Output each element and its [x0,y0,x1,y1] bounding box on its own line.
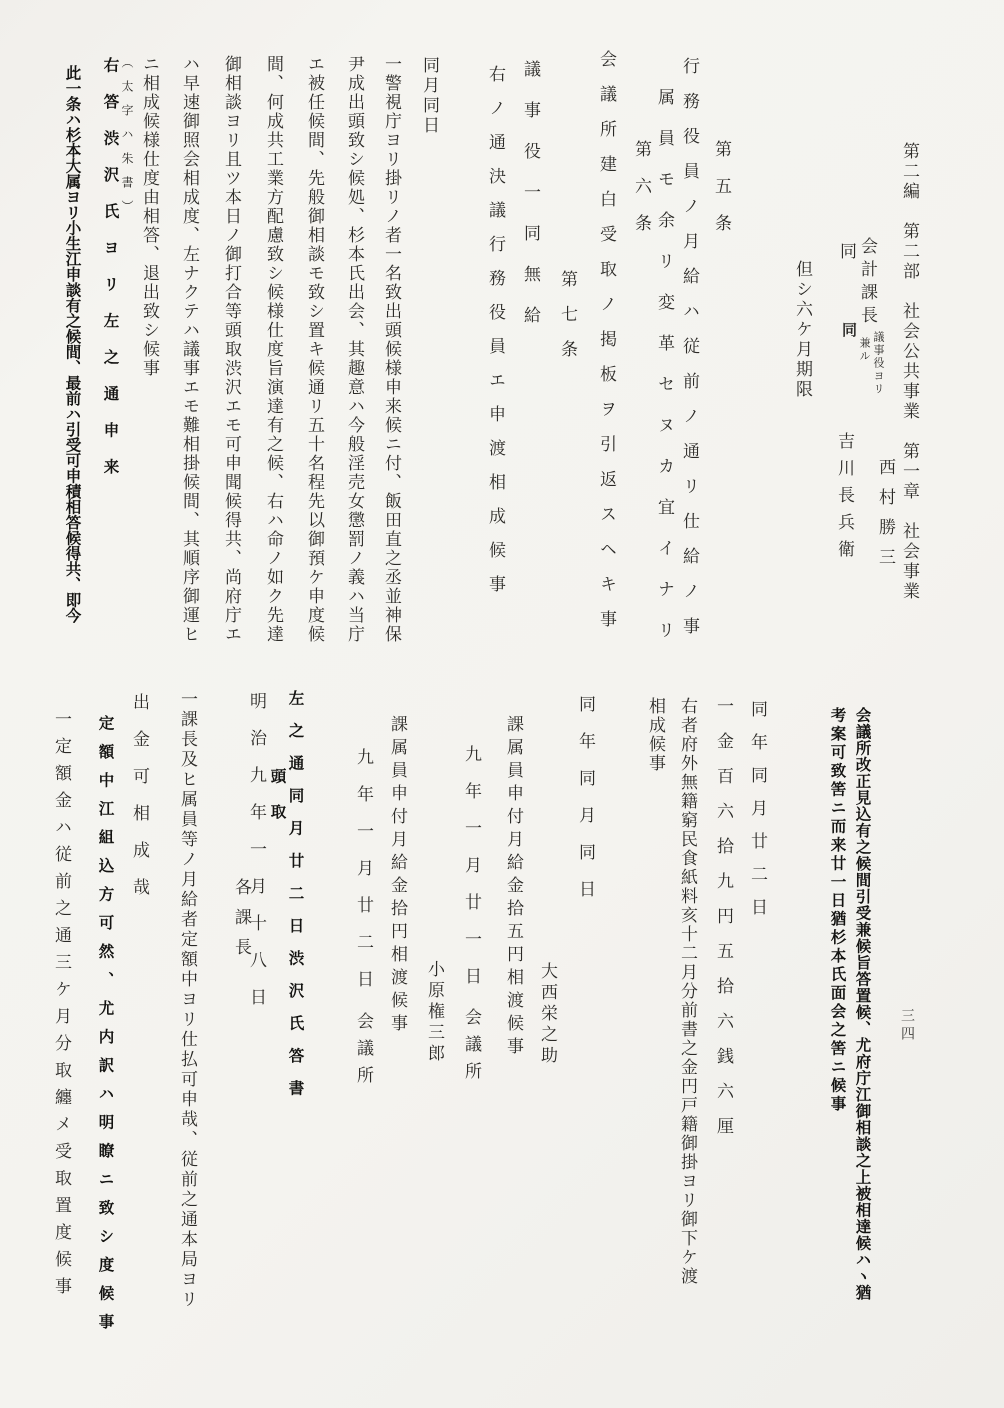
officer-note-right: 議事役ヨリ [872,331,883,396]
reply-line-3: 考案可致筈ニ而来廿一日猶杉本氏面会之筈ニ候事 [829,707,845,1114]
record-1-name: 大西栄之助 [539,962,556,1067]
article-7-text: 議事役一同無給 [522,60,539,347]
grant-date: 同年同月廿二日 [749,700,766,931]
entry-line-3: エ被任候間、先般御相談モ致シ置キ候通リ五十名程先以御預ケ申度候 [306,55,323,644]
record-2-name: 小原権三郎 [426,960,443,1065]
record-1-date: 九年一月廿一日 [463,745,480,1004]
entry-line-5: 御相談ヨリ且ツ本日ノ御打合等頭取渋沢エモ可申聞候得共、尚府庁エ [223,55,240,644]
record-2-date: 九年一月廿二日 [355,748,372,1007]
article-6-text: 会議所建白受取ノ掲板ヲ引返スヘキ事 [598,50,615,645]
article-5-reply: 属員モ余リ変革セヌカ宜イナリ [656,88,673,662]
answer-heading: 左之通同月廿二日渋沢氏答書 [287,690,303,1113]
officer-name-2: 吉川長兵衛 [836,432,853,567]
article-7-number: 第七条 [559,270,576,375]
entry-line-4: 間、何成共工業方配慮致シ候様仕度旨演達有之候、右ハ命ノ如ク先達 [265,55,282,644]
answer-1: 定額中江組込方可然、尤内訳ハ明瞭ニ致シ度候事 [97,715,113,1342]
record-1-org: 会議所 [463,1008,480,1089]
running-head: 第二編 第二部 社会公共事業 第一章 社会事業 [901,142,918,602]
grant-line-1: 右者府外無籍窮民食紙料亥十二月分前書之金円戸籍御掛ヨリ御下ケ渡 [679,697,696,1286]
reply-line-1: 此一条ハ杉本大属ヨリ小生江申談有之候間、最前ハ引受可申積相答候得共、即今 [64,65,80,623]
question-2: 一定額金ハ従前之通三ケ月分取纏メ受取置度候事 [53,710,70,1304]
appointments-date: 同年同月同日 [577,695,594,917]
record-2-org: 会議所 [355,1012,372,1093]
entry-line-6: ハ早速御照会相成度、左ナクテハ議事エモ難相掛候間、其順序御運ヒ [181,55,198,644]
entry-line-7: ニ相成候様仕度由相答、退出致シ候事 [141,55,158,378]
reply-line-2: 会議所改正見込有之候間引受兼候旨答置候、尤府庁江御相談之上被相達候ハヽ猶 [854,707,870,1301]
page-number: 三四 [899,1008,913,1044]
answer-from: 頭取 [269,768,285,839]
question-1-line-2: 出金可相成哉 [131,693,148,915]
entry-line-1: 一警視庁ヨリ掛リノ者一名致出頭候様申来候ニ付、飯田直之丞並神保 [383,55,400,644]
ditto-mark-2: 同 [840,322,855,339]
officer-title: 会計課長 [859,237,876,329]
question-1-line-1: 一課長及ヒ属員等ノ月給者定額中ヨリ仕払可申哉、従前之通本局ヨリ [179,690,196,1310]
officer-note-left: 兼ル [858,337,869,363]
officer-name-1: 西村勝三 [877,458,894,578]
red-ink-note: （太字ハ朱書） [121,56,133,224]
answer-to: 各課長 [233,878,250,968]
term-note: 但シ六ケ月期限 [794,260,811,400]
grant-line-2: 相成候事 [647,697,664,773]
entry-date: 同月同日 [421,56,438,136]
ditto-mark-1: 同 [838,242,855,261]
entry-line-2: 尹成出頭致シ候処、杉本氏出会、其趣意ハ今般淫売女懲罰ノ義ハ当庁 [346,55,363,644]
reply-heading: 右答渋沢氏ヨリ左之通申来 [102,57,118,495]
answer-date: 明治九年一月十八日 [248,692,265,1025]
record-1-text: 課属員申付月給金拾五円相渡候事 [505,715,522,1060]
document-page: 第二編 第二部 社会公共事業 第一章 社会事業 三四 会計課長 議事役ヨリ 兼ル… [0,0,1004,1408]
article-6-number: 第六条 [633,140,650,251]
record-2-text: 課属員申付月給金拾円相渡候事 [389,715,406,1037]
article-5-text: 行務役員ノ月給ハ従前ノ通リ仕給ノ事 [681,57,698,652]
grant-amount: 一金百六拾九円五拾六銭六厘 [715,697,732,1152]
article-5-number: 第五条 [713,140,730,251]
decision-line: 右ノ通決議行務役員エ申渡相成候事 [487,65,504,609]
